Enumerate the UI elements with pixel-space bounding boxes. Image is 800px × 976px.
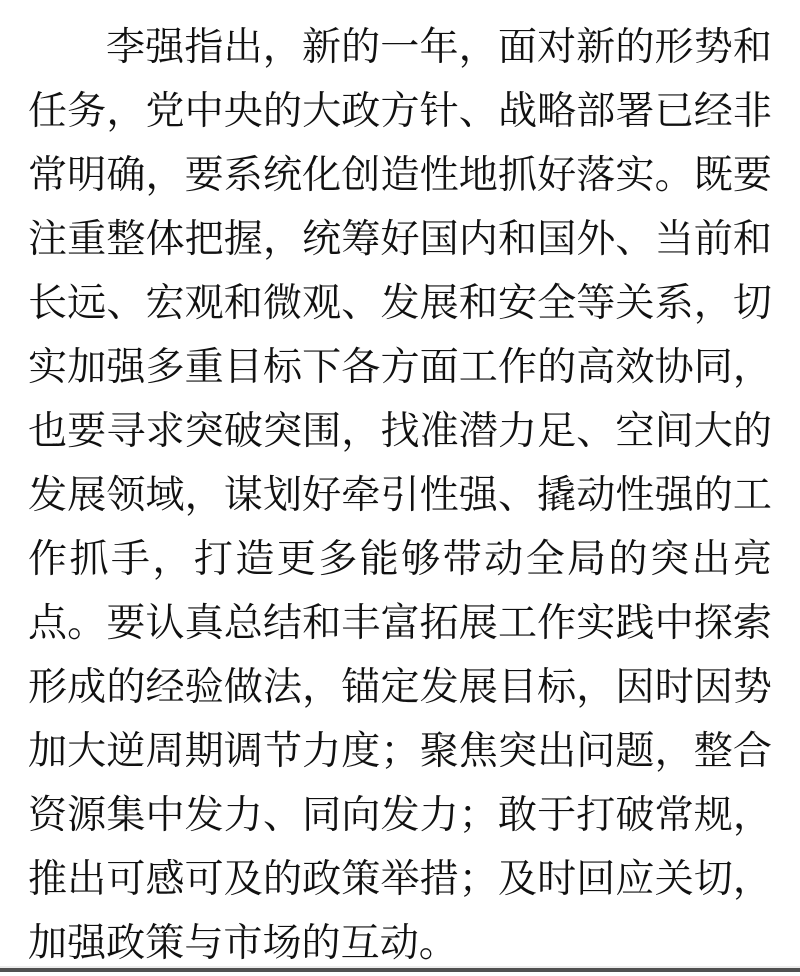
- article-paragraph: 李强指出，新的一年，面对新的形势和 任务，党中央的大政方针、战略部署已经非 常明…: [28, 16, 772, 976]
- text-line: 注重整体把握，统筹好国内和国外、当前和: [28, 208, 772, 272]
- text-line: 发展领域，谋划好牵引性强、撬动性强的工: [28, 464, 772, 528]
- text-line: 形成的经验做法，锚定发展目标，因时因势: [28, 656, 772, 720]
- article-page: { "page": { "background_color": "#ffffff…: [0, 0, 800, 976]
- text-line: 作抓手，打造更多能够带动全局的突出亮: [28, 528, 772, 592]
- text-line: 任务，党中央的大政方针、战略部署已经非: [28, 80, 772, 144]
- text-line: 李强指出，新的一年，面对新的形势和: [28, 16, 772, 80]
- text-line: 常明确，要系统化创造性地抓好落实。既要: [28, 144, 772, 208]
- text-line: 推出可感可及的政策举措；及时回应关切，: [28, 848, 772, 912]
- text-line: 也要寻求突破突围，找准潜力足、空间大的: [28, 400, 772, 464]
- text-line: 实加强多重目标下各方面工作的高效协同，: [28, 336, 772, 400]
- text-line: 加大逆周期调节力度；聚焦突出问题，整合: [28, 720, 772, 784]
- text-line: 点。要认真总结和丰富拓展工作实践中探索: [28, 592, 772, 656]
- next-content-edge: [0, 968, 800, 972]
- text-line: 长远、宏观和微观、发展和安全等关系，切: [28, 272, 772, 336]
- text-line: 资源集中发力、同向发力；敢于打破常规，: [28, 784, 772, 848]
